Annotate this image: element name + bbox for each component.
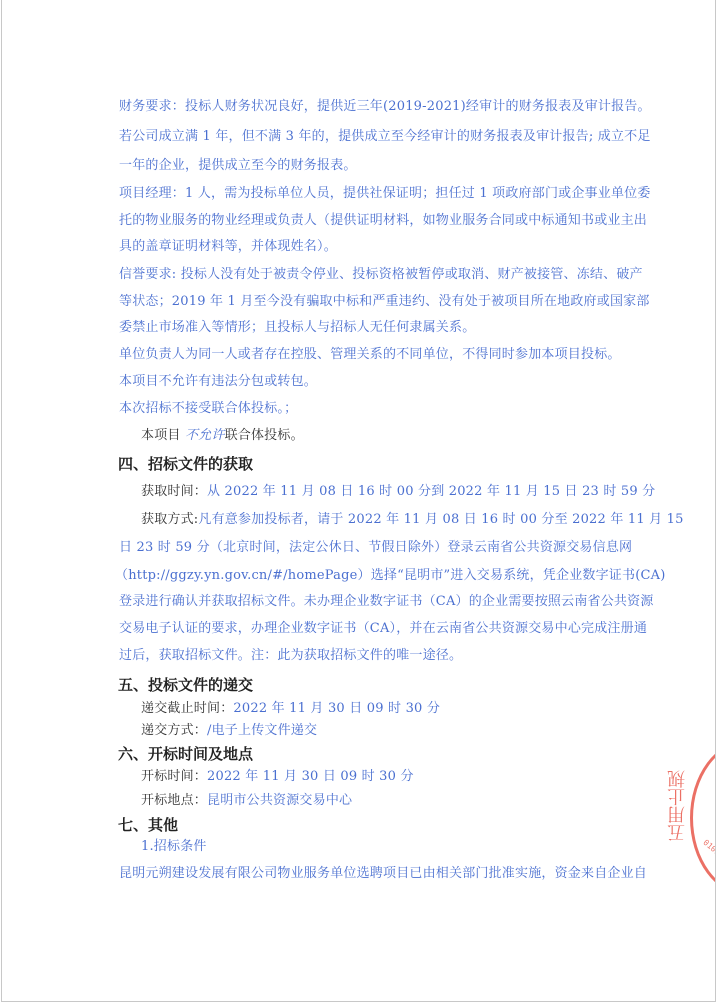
document-page: 财务要求：投标人财务状况良好，提供近三年(2019-2021)经审计的财务报表及… [1,0,716,1002]
paragraph-responsible-person: 单位负责人为同一人或者存在控股、管理关系的不同单位，不得同时参加本项目投标。 [119,347,621,363]
section4-method-line4: 登录进行确认并获取招标文件。未办理企业数字证书（CA）的企业需要按照云南省公共资… [119,594,654,610]
section4-method-label: 获取方式: [141,512,198,527]
section6-heading: 六、开标时间及地点 [118,745,253,763]
paragraph-finance-line3: 一年的企业，提供成立至今的财务报表。 [119,158,357,174]
section4-heading: 四、招标文件的获取 [118,455,253,473]
paragraph-no-consortium: 本次招标不接受联合体投标。； [119,401,297,417]
section4-method-line6: 过后，获取招标文件。注：此为获取招标文件的唯一途径。 [119,648,462,664]
section4-time: 获取时间：从 2022 年 11 月 08 日 16 时 00 分到 2022 … [141,484,655,500]
section4-method-line5: 交易电子认证的要求，办理企业数字证书（CA），并在云南省公共资源交易中心完成注册… [119,621,647,637]
section5-method: 递交方式：/电子上传文件递交 [141,723,317,739]
seal-text: 五用止规 [665,770,691,842]
official-seal-stamp [690,740,716,896]
paragraph-credit-line1: 信誉要求: 投标人没有处于被责令停业、投标资格被暂停或取消、财产被接管、冻结、破… [119,267,643,283]
section4-method-line1: 凡有意参加投标者，请于 2022 年 11 月 08 日 16 时 00 分至 … [198,512,683,527]
paragraph-manager-line1: 项目经理：1 人，需为投标单位人员，提供社保证明；担任过 1 项政府部门或企事业… [119,186,651,202]
section5-method-label: 递交方式： [141,723,207,738]
consortium-line: 本项目 不允许联合体投标。 [141,428,304,444]
paragraph-finance-line1: 财务要求：投标人财务状况良好，提供近三年(2019-2021)经审计的财务报表及… [119,99,651,115]
paragraph-finance-line2: 若公司成立满 1 年，但不满 3 年的，提供成立至今经审计的财务报表及审计报告;… [119,129,651,145]
section7-sub1: 1.招标条件 [141,839,207,855]
section6-place: 开标地点：昆明市公共资源交易中心 [141,793,352,809]
section5-deadline-label: 递交截止时间： [141,701,233,716]
section5-method-value: /电子上传文件递交 [207,723,317,738]
section6-time-label: 开标时间： [141,769,207,784]
section4-method-line2: 日 23 时 59 分（北京时间，法定公休日、节假日除外）登录云南省公共资源交易… [119,540,632,556]
section6-time: 开标时间：2022 年 11 月 30 日 09 时 30 分 [141,769,414,785]
consortium-suffix: 联合体投标。 [225,428,304,443]
section4-time-value: 从 2022 年 11 月 08 日 16 时 00 分到 2022 年 11 … [207,484,655,499]
section5-heading: 五、投标文件的递交 [118,676,253,694]
paragraph-credit-line2: 等状态；2019 年 1 月至今没有骗取中标和严重违约、没有处于被项目所在地政府… [119,294,650,310]
section6-place-value: 昆明市公共资源交易中心 [207,793,352,808]
section6-time-value: 2022 年 11 月 30 日 09 时 30 分 [207,769,414,784]
paragraph-manager-line2: 托的物业服务的物业经理或负责人（提供证明材料，如物业服务合同或中标通知书或业主出 [119,213,647,229]
section6-place-label: 开标地点： [141,793,207,808]
section4-time-label: 获取时间： [141,484,207,499]
section4-method-line3: （http://ggzy.yn.gov.cn/#/homePage）选择“昆明市… [115,568,665,584]
section7-heading: 七、其他 [118,816,178,834]
section7-paragraph: 昆明元朔建设发展有限公司物业服务单位选聘项目已由相关部门批准实施，资金来自企业自 [119,866,647,882]
paragraph-no-subcontract: 本项目不允许有违法分包或转包。 [119,374,317,390]
section5-deadline: 递交截止时间：2022 年 11 月 30 日 09 时 30 分 [141,701,440,717]
paragraph-manager-line3: 具的盖章证明材料等，并体现姓名）。 [119,239,337,255]
section5-deadline-value: 2022 年 11 月 30 日 09 时 30 分 [233,701,440,716]
paragraph-credit-line3: 委禁止市场准入等情形；且投标人与招标人无任何隶属关系。 [119,320,475,336]
consortium-value: 不允许 [185,428,225,443]
section4-method: 获取方式:凡有意参加投标者，请于 2022 年 11 月 08 日 16 时 0… [141,512,684,528]
consortium-prefix: 本项目 [141,428,181,443]
